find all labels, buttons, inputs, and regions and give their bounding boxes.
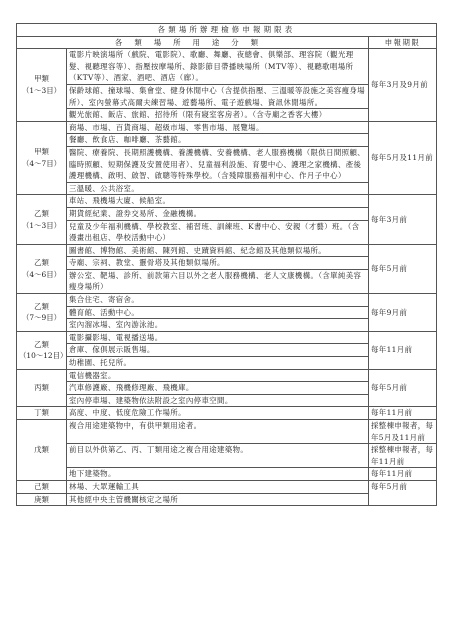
deadline-cell: 每年3月前 <box>369 195 437 244</box>
table-row: 己類 林場、大眾運輸工具 每年5月前 <box>17 480 437 493</box>
usage-item: 寺廟、宗祠、教堂、靈骨塔及其他類似場所。 <box>67 257 369 270</box>
table-row: 乙類 （7～9目） 集合住宅、寄宿舍。 每年9月前 <box>17 294 437 307</box>
deadline-cell: 每年11月前 <box>369 468 437 481</box>
subcategory-label: （1～3目） <box>19 85 64 97</box>
table-row: 前目以外供第乙、丙、丁類用途之複合用途建築物。 採整棟申報者，每年11月前 <box>17 444 437 468</box>
usage-item: 餐廳、飲食店、咖啡廳、茶藝館。 <box>67 134 369 147</box>
header-deadline: 申報期限 <box>369 36 437 49</box>
usage-item: 其他經中央主管機關核定之場所 <box>67 493 369 506</box>
header-usage-category: 各類場所用途分類 <box>17 36 369 49</box>
usage-item: 倉庫、傢俱展示販售場。 <box>67 344 369 357</box>
usage-item: 期貨經紀業、證券交易所、金融機構。 <box>67 207 369 220</box>
usage-item: 高度、中度、低度危險工作場所。 <box>67 407 369 420</box>
usage-item: 圖書館、博物館、美術館、陳列館、史蹟資料館、紀念館及其他類似場所。 <box>67 244 369 257</box>
category-label: 甲類 <box>19 146 64 158</box>
category-cell: 乙類 （1～3目） <box>17 195 67 244</box>
category-label: 庚類 <box>19 494 64 506</box>
table-title: 各類場所辦理檢修申報期限表 <box>17 24 437 37</box>
category-label: 乙類 <box>19 257 64 269</box>
subcategory-label: （4～6目） <box>19 269 64 281</box>
usage-item: 幼稚園、托兒所。 <box>67 357 369 370</box>
table-row: 戊類 複合用途建築物中，有供甲類用途者。 採整棟申報者，每年5月及11月前 <box>17 420 437 444</box>
category-cell: 乙類 （4～6目） <box>17 244 67 293</box>
category-cell: 戊類 <box>17 420 67 481</box>
category-label: 丁類 <box>19 407 64 419</box>
title-row: 各類場所辦理檢修申報期限表 <box>17 24 437 37</box>
subcategory-label: （1～3目） <box>19 220 64 232</box>
category-label: 己類 <box>19 481 64 493</box>
usage-item: 觀光旅館、飯店、旅館、招待所（限有寢室客房者）。（含寺廟之香客大樓） <box>67 109 369 122</box>
table-row: 乙類 （4～6目） 圖書館、博物館、美術館、陳列館、史蹟資料館、紀念館及其他類似… <box>17 244 437 257</box>
usage-item: 汽車修護廠、飛機修理廠、飛機庫。 <box>67 382 369 395</box>
category-label: 戊類 <box>19 444 64 456</box>
usage-item: 林場、大眾運輸工具 <box>67 480 369 493</box>
usage-item: 商場、市場、百貨商場、超級市場、零售市場、展覽場。 <box>67 121 369 134</box>
deadline-cell: 採整棟申報者，每年11月前 <box>369 444 437 468</box>
subcategory-label: （7～9目） <box>19 312 64 324</box>
usage-item: 兒童及少年福利機構、學校教室、補習班、訓練班、K書中心、安親（才藝）班。（含漫畫… <box>67 220 369 244</box>
deadline-cell: 每年11月前 <box>369 331 437 369</box>
usage-item: 室內停車場、建築物依法附設之室內停車空間。 <box>67 394 369 407</box>
table-row: 甲類 （4～7目） 商場、市場、百貨商場、超級市場、零售市場、展覽場。 每年5月… <box>17 121 437 134</box>
subcategory-label: （4～7目） <box>19 158 64 170</box>
deadline-cell: 每年5月前 <box>369 244 437 293</box>
usage-item: 體育館、活動中心。 <box>67 306 369 319</box>
table-row: 地下建築物。 每年11月前 <box>17 468 437 481</box>
header-row: 各類場所用途分類 申報期限 <box>17 36 437 49</box>
table-row: 乙類 （1～3目） 車站、飛機場大廈、候船室。 每年3月前 <box>17 195 437 208</box>
category-label: 乙類 <box>19 339 64 351</box>
usage-item: 集合住宅、寄宿舍。 <box>67 294 369 307</box>
category-label: 甲類 <box>19 73 64 85</box>
category-label: 丙類 <box>19 382 64 394</box>
usage-item: 辦公室、靶場、診所、前款第六目以外之老人服務機構、老人文康機構。（含單純美容瘦身… <box>67 269 369 293</box>
usage-item: 醫院、療養院、長期照護機構、養護機構、安養機構、老人服務機構（限供日間照顧、臨時… <box>67 146 369 182</box>
deadline-cell: 採整棟申報者，每年5月及11月前 <box>369 420 437 444</box>
table-row: 乙類 （10～12目） 電影攝影場、電視播送場。 每年11月前 <box>17 331 437 344</box>
inspection-deadline-table: 各類場所辦理檢修申報期限表 各類場所用途分類 申報期限 甲類 （1～3目） 電影… <box>16 23 437 506</box>
category-cell: 甲類 （4～7目） <box>17 121 67 195</box>
deadline-cell: 每年11月前 <box>369 407 437 420</box>
category-cell: 己類 <box>17 480 67 493</box>
table-row: 甲類 （1～3目） 電影片映演場所（戲院、電影院）、歌廳、舞廳、夜總會、俱樂部、… <box>17 49 437 85</box>
deadline-cell: 每年5月及11月前 <box>369 121 437 195</box>
usage-item: 前目以外供第乙、丙、丁類用途之複合用途建築物。 <box>67 444 369 468</box>
table-row: 丙類 電信機器室。 每年5月前 <box>17 369 437 382</box>
category-cell: 庚類 <box>17 493 67 506</box>
usage-item: 複合用途建築物中，有供甲類用途者。 <box>67 420 369 444</box>
subcategory-label: （10～12目） <box>19 350 64 362</box>
deadline-cell: 每年5月前 <box>369 369 437 407</box>
category-cell: 丁類 <box>17 407 67 420</box>
usage-item: 三溫暖、公共浴室。 <box>67 182 369 195</box>
usage-item: 電信機器室。 <box>67 369 369 382</box>
category-cell: 甲類 （1～3目） <box>17 49 67 122</box>
category-cell: 丙類 <box>17 369 67 407</box>
usage-item: 地下建築物。 <box>67 468 369 481</box>
usage-item: 電影片映演場所（戲院、電影院）、歌廳、舞廳、夜總會、俱樂部、理容院（觀光理髮、視… <box>67 49 369 85</box>
category-cell: 乙類 （7～9目） <box>17 294 67 332</box>
deadline-cell: 每年5月前 <box>369 480 437 505</box>
usage-item: 保齡球館、撞球場、集會堂、健身休閒中心（含提供指壓、三溫暖等設施之美容瘦身場所）… <box>67 84 369 108</box>
category-cell: 乙類 （10～12目） <box>17 331 67 369</box>
usage-item: 室內溜冰場、室內游泳池。 <box>67 319 369 332</box>
category-label: 乙類 <box>19 301 64 313</box>
category-label: 乙類 <box>19 208 64 220</box>
usage-item: 電影攝影場、電視播送場。 <box>67 331 369 344</box>
deadline-table-page: 各類場所辦理檢修申報期限表 各類場所用途分類 申報期限 甲類 （1～3目） 電影… <box>16 23 436 506</box>
deadline-cell: 每年9月前 <box>369 294 437 332</box>
table-row: 丁類 高度、中度、低度危險工作場所。 每年11月前 <box>17 407 437 420</box>
usage-item: 車站、飛機場大廈、候船室。 <box>67 195 369 208</box>
deadline-cell: 每年3月及9月前 <box>369 49 437 122</box>
